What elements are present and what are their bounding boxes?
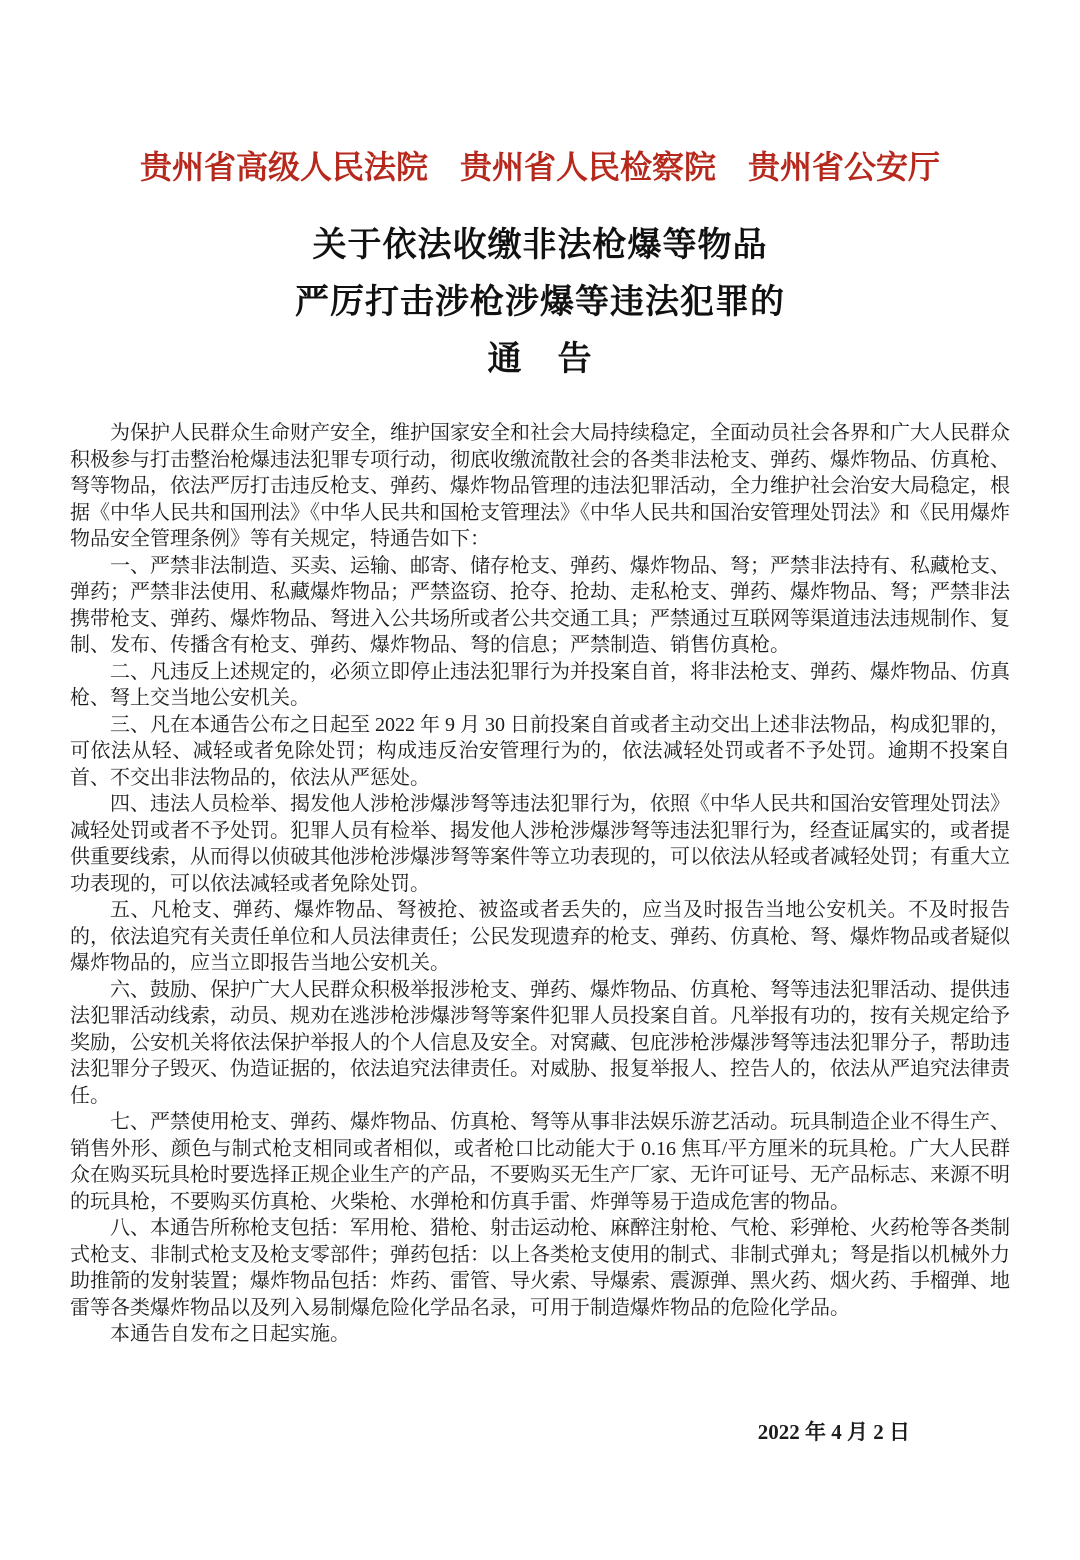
paragraph-article-4: 四、违法人员检举、揭发他人涉枪涉爆涉弩等违法犯罪行为，依照《中华人民共和国治安管… bbox=[70, 791, 1010, 897]
paragraph-article-2: 二、凡违反上述规定的，必须立即停止违法犯罪行为并投案自首，将非法枪支、弹药、爆炸… bbox=[70, 659, 1010, 712]
paragraph-article-8: 八、本通告所称枪支包括：军用枪、猎枪、射击运动枪、麻醉注射枪、气枪、彩弹枪、火药… bbox=[70, 1215, 1010, 1321]
title-doc-type: 通 告 bbox=[70, 331, 1010, 388]
paragraph-effective-date: 本通告自发布之日起实施。 bbox=[70, 1321, 1010, 1348]
paragraph-article-6: 六、鼓励、保护广大人民群众积极举报涉枪支、弹药、爆炸物品、仿真枪、弩等违法犯罪活… bbox=[70, 977, 1010, 1110]
issuing-agencies: 贵州省高级人民法院 贵州省人民检察院 贵州省公安厅 bbox=[70, 145, 1010, 189]
agency-procuratorate: 贵州省人民检察院 bbox=[460, 145, 716, 189]
issue-date: 2022 年 4 月 2 日 bbox=[70, 1418, 1010, 1446]
paragraph-article-3: 三、凡在本通告公布之日起至 2022 年 9 月 30 日前投案自首或者主动交出… bbox=[70, 712, 1010, 792]
notice-title: 关于依法收缴非法枪爆等物品 严厉打击涉枪涉爆等违法犯罪的 通 告 bbox=[70, 217, 1010, 388]
paragraph-article-5: 五、凡枪支、弹药、爆炸物品、弩被抢、被盗或者丢失的，应当及时报告当地公安机关。不… bbox=[70, 897, 1010, 977]
paragraph-article-7: 七、严禁使用枪支、弹药、爆炸物品、仿真枪、弩等从事非法娱乐游艺活动。玩具制造企业… bbox=[70, 1109, 1010, 1215]
paragraph-intro: 为保护人民群众生命财产安全，维护国家安全和社会大局持续稳定，全面动员社会各界和广… bbox=[70, 420, 1010, 553]
notice-document: 贵州省高级人民法院 贵州省人民检察院 贵州省公安厅 关于依法收缴非法枪爆等物品 … bbox=[0, 0, 1080, 1560]
agency-high-court: 贵州省高级人民法院 bbox=[140, 145, 428, 189]
title-line-2: 严厉打击涉枪涉爆等违法犯罪的 bbox=[70, 274, 1010, 331]
title-line-1: 关于依法收缴非法枪爆等物品 bbox=[70, 217, 1010, 274]
notice-body: 为保护人民群众生命财产安全，维护国家安全和社会大局持续稳定，全面动员社会各界和广… bbox=[70, 420, 1010, 1348]
paragraph-article-1: 一、严禁非法制造、买卖、运输、邮寄、储存枪支、弹药、爆炸物品、弩；严禁非法持有、… bbox=[70, 553, 1010, 659]
agency-public-security: 贵州省公安厅 bbox=[748, 145, 940, 189]
